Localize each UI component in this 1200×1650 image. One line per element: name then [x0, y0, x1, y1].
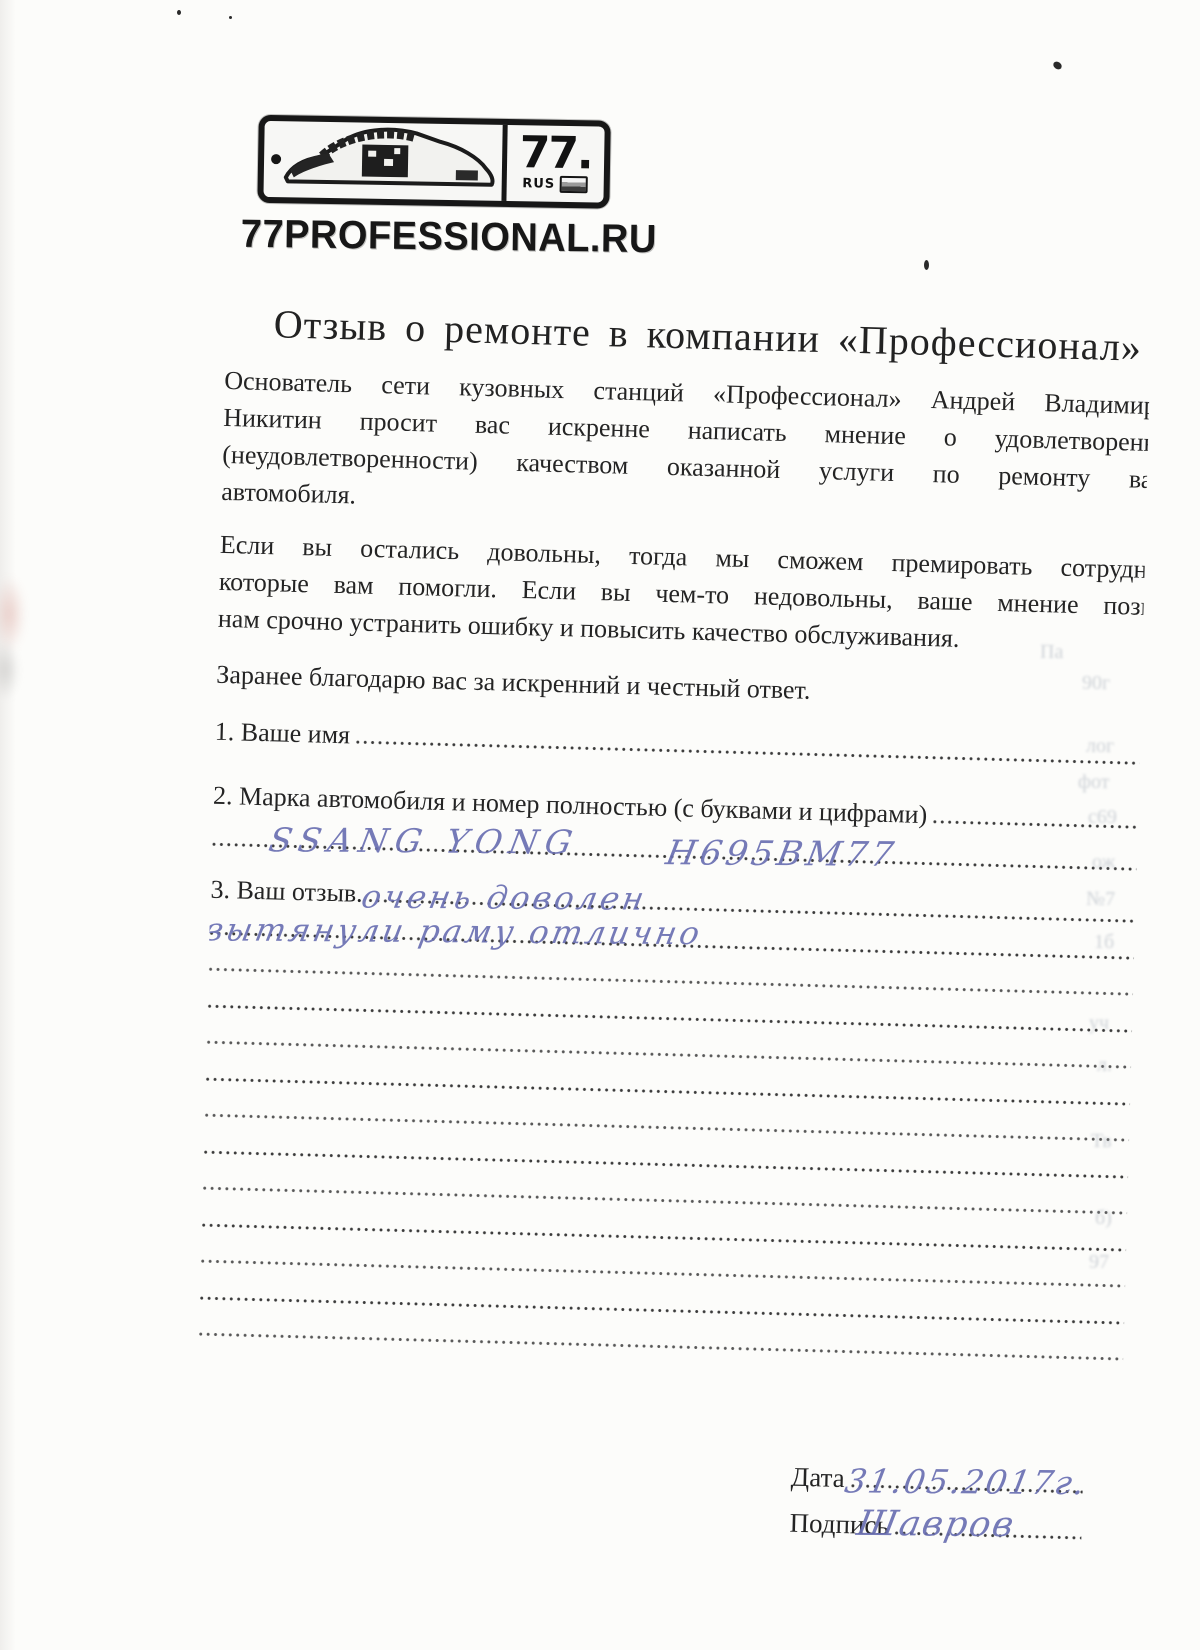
handwritten-signature: Шавров: [854, 1504, 1019, 1545]
intro-paragraph: Основатель сети кузовных станций «Профес…: [221, 362, 1150, 535]
question-3-label: 3. Ваш отзыв.: [210, 875, 363, 909]
question-1-label: 1. Ваше имя: [214, 717, 350, 751]
car-silhouette-icon: [263, 121, 507, 201]
license-plate-logo: 77. RUS: [257, 115, 610, 209]
russian-flag-icon: [560, 176, 588, 193]
bleed-through-fragment: уч: [1089, 1012, 1109, 1035]
empty-answer-lines: [198, 941, 1134, 1367]
handwritten-review-line-2: вытянули раму отлично: [201, 910, 705, 952]
handwritten-plate-number: Н695ВМ77: [663, 833, 901, 875]
scan-edge-shadow: [0, 0, 16, 1650]
question-1-row: 1. Ваше имя: [214, 707, 1140, 772]
bleed-through-fragment: б): [1095, 1207, 1112, 1230]
handwritten-date: 31.05.2017г.: [842, 1461, 1090, 1502]
reward-paragraph: Если вы остались довольны, тогда мы смож…: [217, 526, 1145, 662]
handwritten-car-brand: SSANG YONG: [266, 820, 582, 861]
scan-speck: [177, 10, 181, 15]
closing-block: Дата 31.05.2017г. Подпись Шавров: [789, 1447, 1083, 1547]
answer-line: [350, 750, 1139, 771]
rus-label: RUS: [522, 176, 555, 192]
bleed-through-fragment: Тв: [1091, 1130, 1112, 1153]
company-stamp: 77. RUS 77PROFESSIONAL.RU: [256, 115, 658, 263]
scan-speck: [229, 16, 232, 19]
bleed-through-fragment: л.: [1097, 1054, 1112, 1077]
bleed-through-fragment: №7: [1086, 888, 1115, 911]
scan-smudge: [0, 640, 20, 700]
bleed-through-fragment: 97: [1089, 1251, 1109, 1274]
bleed-through-fragment: Па: [1040, 641, 1064, 664]
bleed-through-fragment: лог: [1086, 735, 1114, 758]
bleed-through-fragment: 90г: [1082, 672, 1110, 695]
scan-speck: [1052, 60, 1063, 71]
bleed-through-fragment: фот: [1078, 771, 1110, 794]
stamp-website: 77PROFESSIONAL.RU: [241, 212, 658, 262]
bleed-through-fragment: с69: [1088, 806, 1117, 829]
document-page: 77. RUS 77PROFESSIONAL.RU Отзыв о ремонт…: [192, 98, 1156, 1592]
bleed-through-fragment: ож: [1092, 851, 1116, 874]
region-number: 77.: [519, 134, 592, 173]
scanned-feedback-form: { "stamp": { "site": "77PROFESSIONAL.RU"…: [0, 0, 1200, 1650]
date-label: Дата: [790, 1462, 845, 1494]
bleed-through-fragment: 1б: [1094, 931, 1114, 954]
form-title: Отзыв о ремонте в компании «Профессионал…: [225, 299, 1151, 371]
thanks-line: Заранее благодарю вас за искренний и чес…: [216, 657, 1142, 718]
date-row: Дата 31.05.2017г.: [790, 1447, 1083, 1501]
plate-region-section: 77. RUS: [506, 125, 604, 203]
